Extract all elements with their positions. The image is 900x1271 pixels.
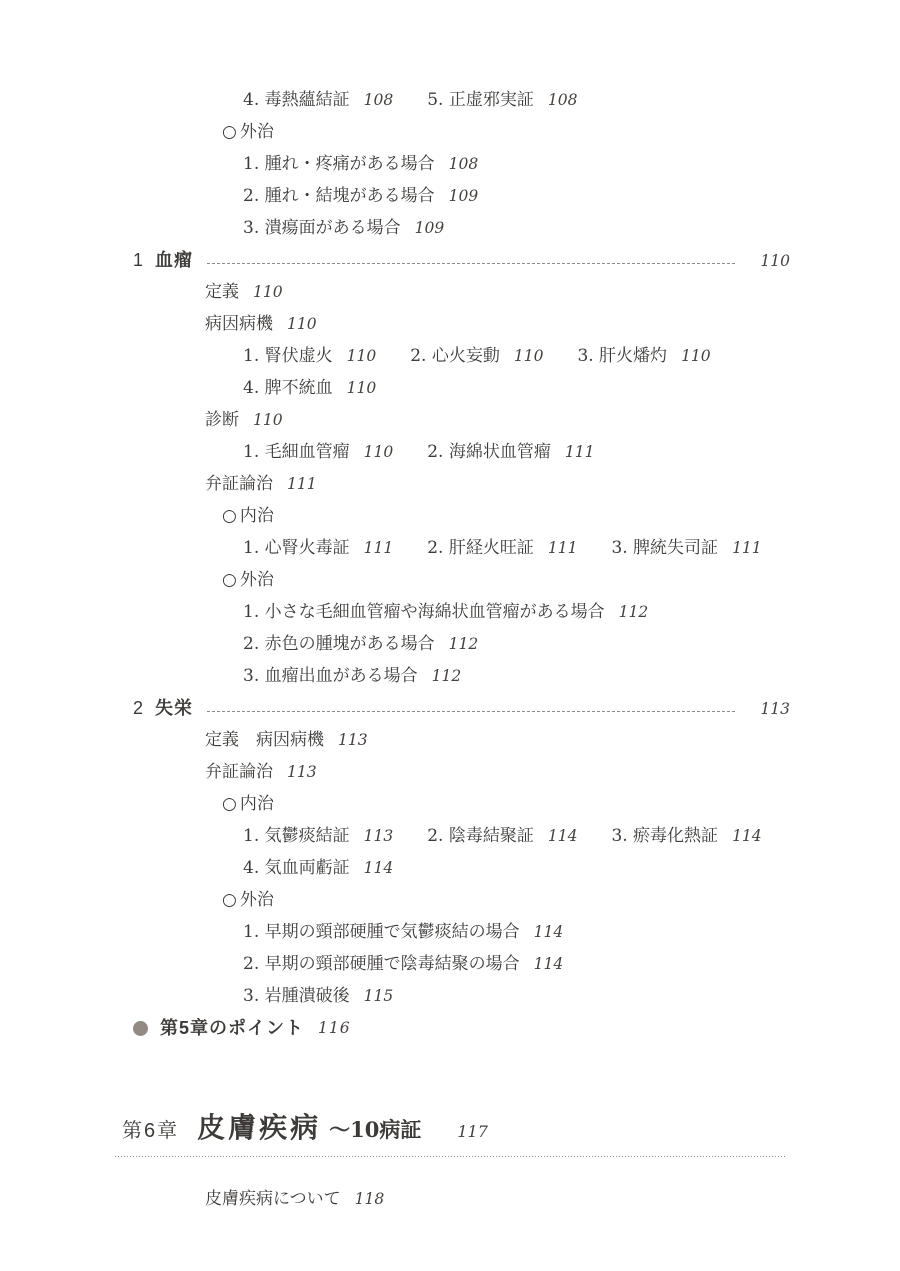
chapter-page-number: 117	[457, 1122, 488, 1141]
toc-entry: 1. 腫れ・疼痛がある場合108	[243, 148, 478, 180]
entry-page-number: 112	[449, 628, 479, 660]
entry-label: 2. 陰毒結聚証	[427, 820, 534, 852]
entry-label: 3. 潰瘍面がある場合	[243, 212, 401, 244]
toc-marker-row: ○外治	[0, 564, 900, 596]
toc-entry: 4. 毒熱蘊結証108	[243, 84, 393, 116]
toc-entry-row: 1. 毛細血管瘤1102. 海綿状血管瘤111	[0, 436, 900, 468]
toc-marker-row: ○内治	[0, 500, 900, 532]
entry-page-number: 108	[449, 148, 479, 180]
entry-page-number: 110	[681, 340, 711, 372]
toc-entry-row: 3. 岩腫潰破後115	[0, 980, 900, 1012]
toc-entry: 3. 岩腫潰破後115	[243, 980, 393, 1012]
chapter-number: 第6章	[122, 1114, 179, 1143]
chapter-underline	[115, 1156, 787, 1158]
entry-label: 1. 腎伏虚火	[243, 340, 333, 372]
entry-label: 弁証論治	[205, 468, 273, 500]
toc-entry-row: 1. 小さな毛細血管瘤や海綿状血管瘤がある場合112	[0, 596, 900, 628]
toc-entry: 2. 早期の頸部硬腫で陰毒結聚の場合114	[243, 948, 563, 980]
section-page-number: 110	[760, 245, 790, 277]
entry-label: 3. 肝火燔灼	[577, 340, 667, 372]
entry-page-number: 108	[364, 84, 394, 116]
circle-marker-icon: ○	[222, 506, 237, 526]
toc-entry: 定義 病因病機113	[205, 724, 368, 756]
bullet-label: 第5章のポイント	[160, 1012, 304, 1044]
marker-label: 内治	[240, 506, 274, 526]
circle-marker-icon: ○	[222, 890, 237, 910]
toc-entry: 病因病機110	[205, 308, 317, 340]
entry-label: 診断	[205, 404, 239, 436]
entry-label: 病因病機	[205, 308, 273, 340]
entry-page-number: 113	[287, 756, 317, 788]
toc-entry-row: 3. 血瘤出血がある場合112	[0, 660, 900, 692]
entry-label: 3. 血瘤出血がある場合	[243, 660, 418, 692]
marker-label: 外治	[240, 570, 274, 590]
entry-label: 1. 腫れ・疼痛がある場合	[243, 148, 435, 180]
toc-entry: 弁証論治113	[205, 756, 317, 788]
dotted-leader-line	[207, 263, 736, 264]
entry-page-number: 114	[534, 916, 564, 948]
toc-section-row: 2失栄113	[0, 692, 900, 724]
entry-page-number: 111	[287, 468, 317, 500]
toc-entry: 4. 気血両虧証114	[243, 852, 393, 884]
toc-entry-row: 1. 腫れ・疼痛がある場合108	[0, 148, 900, 180]
toc-entry-row: 定義 病因病機113	[0, 724, 900, 756]
circle-marker-icon: ○	[222, 570, 237, 590]
toc-entry: 2. 腫れ・結塊がある場合109	[243, 180, 478, 212]
toc-entry-row: 定義110	[0, 276, 900, 308]
toc-entry-row: 診断110	[0, 404, 900, 436]
section-number: 2	[133, 692, 155, 724]
entry-label: 2. 肝経火旺証	[427, 532, 534, 564]
entry-page-number: 111	[548, 532, 578, 564]
entry-label: 2. 心火妄動	[410, 340, 500, 372]
entry-page-number: 109	[449, 180, 479, 212]
toc-list: 4. 毒熱蘊結証1085. 正虚邪実証108○外治1. 腫れ・疼痛がある場合10…	[0, 84, 900, 1044]
entry-page-number: 108	[548, 84, 578, 116]
chapter-heading-row: 第6章 皮膚疾病 ～10病証 117	[0, 1106, 900, 1146]
entry-page-number: 109	[415, 212, 445, 244]
toc-entry-row: 2. 早期の頸部硬腫で陰毒結聚の場合114	[0, 948, 900, 980]
entry-label: 1. 毛細血管瘤	[243, 436, 350, 468]
entry-page-number: 112	[619, 596, 649, 628]
chapter-about-page: 118	[355, 1190, 385, 1208]
entry-page-number: 115	[364, 980, 394, 1012]
entry-label: 5. 正虚邪実証	[427, 84, 534, 116]
entry-page-number: 111	[732, 532, 762, 564]
entry-page-number: 110	[364, 436, 394, 468]
toc-entry-row: 病因病機110	[0, 308, 900, 340]
toc-entry: 3. 肝火燔灼110	[577, 340, 710, 372]
entry-page-number: 111	[565, 436, 595, 468]
toc-entry: 4. 脾不統血110	[243, 372, 376, 404]
entry-page-number: 114	[732, 820, 762, 852]
entry-page-number: 110	[253, 404, 283, 436]
toc-entry-row: 2. 赤色の腫塊がある場合112	[0, 628, 900, 660]
toc-entry: 3. 瘀毒化熱証114	[611, 820, 761, 852]
entry-page-number: 113	[364, 820, 394, 852]
entry-page-number: 110	[287, 308, 317, 340]
entry-page-number: 113	[338, 724, 368, 756]
toc-section-row: 1血瘤110	[0, 244, 900, 276]
entry-page-number: 114	[534, 948, 564, 980]
entry-label: 2. 早期の頸部硬腫で陰毒結聚の場合	[243, 948, 520, 980]
marker-label: 外治	[240, 122, 274, 142]
toc-marker-row: ○外治	[0, 116, 900, 148]
entry-page-number: 110	[253, 276, 283, 308]
toc-entry: 定義110	[205, 276, 283, 308]
entry-label: 2. 赤色の腫塊がある場合	[243, 628, 435, 660]
toc-entry-row: 弁証論治113	[0, 756, 900, 788]
entry-label: 4. 気血両虧証	[243, 852, 350, 884]
entry-page-number: 114	[548, 820, 578, 852]
chapter-about-label: 皮膚疾病について	[205, 1184, 341, 1209]
toc-entry: 2. 肝経火旺証111	[427, 532, 577, 564]
entry-label: 4. 脾不統血	[243, 372, 333, 404]
chapter-title: 皮膚疾病	[197, 1106, 321, 1146]
entry-label: 1. 早期の頸部硬腫で気鬱痰結の場合	[243, 916, 520, 948]
section-page-number: 113	[760, 693, 790, 725]
toc-entry: 1. 腎伏虚火110	[243, 340, 376, 372]
toc-entry: 1. 早期の頸部硬腫で気鬱痰結の場合114	[243, 916, 563, 948]
toc-entry-row: 1. 腎伏虚火1102. 心火妄動1103. 肝火燔灼110	[0, 340, 900, 372]
entry-label: 4. 毒熱蘊結証	[243, 84, 350, 116]
toc-entry: 診断110	[205, 404, 283, 436]
toc-entry: 2. 赤色の腫塊がある場合112	[243, 628, 478, 660]
entry-page-number: 112	[432, 660, 462, 692]
entry-page-number: 114	[364, 852, 394, 884]
circle-marker-icon: ○	[222, 794, 237, 814]
entry-label: 1. 気鬱痰結証	[243, 820, 350, 852]
marker-label: 外治	[240, 890, 274, 910]
toc-entry-row: 1. 早期の頸部硬腫で気鬱痰結の場合114	[0, 916, 900, 948]
toc-entry: 1. 心腎火毒証111	[243, 532, 393, 564]
toc-entry-row: 4. 毒熱蘊結証1085. 正虚邪実証108	[0, 84, 900, 116]
dotted-leader-line	[207, 711, 736, 712]
entry-label: 3. 瘀毒化熱証	[611, 820, 718, 852]
entry-label: 2. 海綿状血管瘤	[427, 436, 551, 468]
toc-entry-row: 1. 心腎火毒証1112. 肝経火旺証1113. 脾統失司証111	[0, 532, 900, 564]
toc-entry-row: 1. 気鬱痰結証1132. 陰毒結聚証1143. 瘀毒化熱証114	[0, 820, 900, 852]
toc-entry-row: 3. 潰瘍面がある場合109	[0, 212, 900, 244]
toc-entry-row: 4. 脾不統血110	[0, 372, 900, 404]
toc-entry: 5. 正虚邪実証108	[427, 84, 577, 116]
marker-label: 内治	[240, 794, 274, 814]
section-title: 血瘤	[155, 244, 193, 276]
entry-label: 定義 病因病機	[205, 724, 324, 756]
chapter-subtitle: ～10病証	[329, 1114, 421, 1144]
toc-entry: 3. 潰瘍面がある場合109	[243, 212, 444, 244]
toc-entry: 3. 血瘤出血がある場合112	[243, 660, 461, 692]
entry-page-number: 111	[364, 532, 394, 564]
entry-page-number: 110	[347, 372, 377, 404]
toc-entry: 2. 海綿状血管瘤111	[427, 436, 594, 468]
toc-page: 4. 毒熱蘊結証1085. 正虚邪実証108○外治1. 腫れ・疼痛がある場合10…	[0, 0, 900, 1271]
entry-page-number: 110	[514, 340, 544, 372]
bullet-page-number: 116	[318, 1012, 351, 1044]
toc-entry-row: 2. 腫れ・結塊がある場合109	[0, 180, 900, 212]
toc-entry: 1. 小さな毛細血管瘤や海綿状血管瘤がある場合112	[243, 596, 648, 628]
toc-entry: 1. 気鬱痰結証113	[243, 820, 393, 852]
section-number: 1	[133, 244, 155, 276]
entry-label: 3. 脾統失司証	[611, 532, 718, 564]
toc-entry: 1. 毛細血管瘤110	[243, 436, 393, 468]
toc-entry: 2. 心火妄動110	[410, 340, 543, 372]
toc-entry-row: 4. 気血両虧証114	[0, 852, 900, 884]
toc-marker-row: ○外治	[0, 884, 900, 916]
circle-marker-icon: ○	[222, 122, 237, 142]
toc-entry: 3. 脾統失司証111	[611, 532, 761, 564]
section-title: 失栄	[155, 692, 193, 724]
toc-marker-row: ○内治	[0, 788, 900, 820]
chapter-about-row: 皮膚疾病について 118	[0, 1184, 900, 1209]
bullet-icon	[133, 1021, 148, 1036]
toc-entry-row: 弁証論治111	[0, 468, 900, 500]
entry-label: 1. 心腎火毒証	[243, 532, 350, 564]
entry-label: 弁証論治	[205, 756, 273, 788]
entry-label: 1. 小さな毛細血管瘤や海綿状血管瘤がある場合	[243, 596, 605, 628]
toc-bullet-row: 第5章のポイント116	[0, 1012, 900, 1044]
entry-page-number: 110	[347, 340, 377, 372]
toc-entry: 2. 陰毒結聚証114	[427, 820, 577, 852]
entry-label: 2. 腫れ・結塊がある場合	[243, 180, 435, 212]
entry-label: 3. 岩腫潰破後	[243, 980, 350, 1012]
toc-entry: 弁証論治111	[205, 468, 317, 500]
entry-label: 定義	[205, 276, 239, 308]
